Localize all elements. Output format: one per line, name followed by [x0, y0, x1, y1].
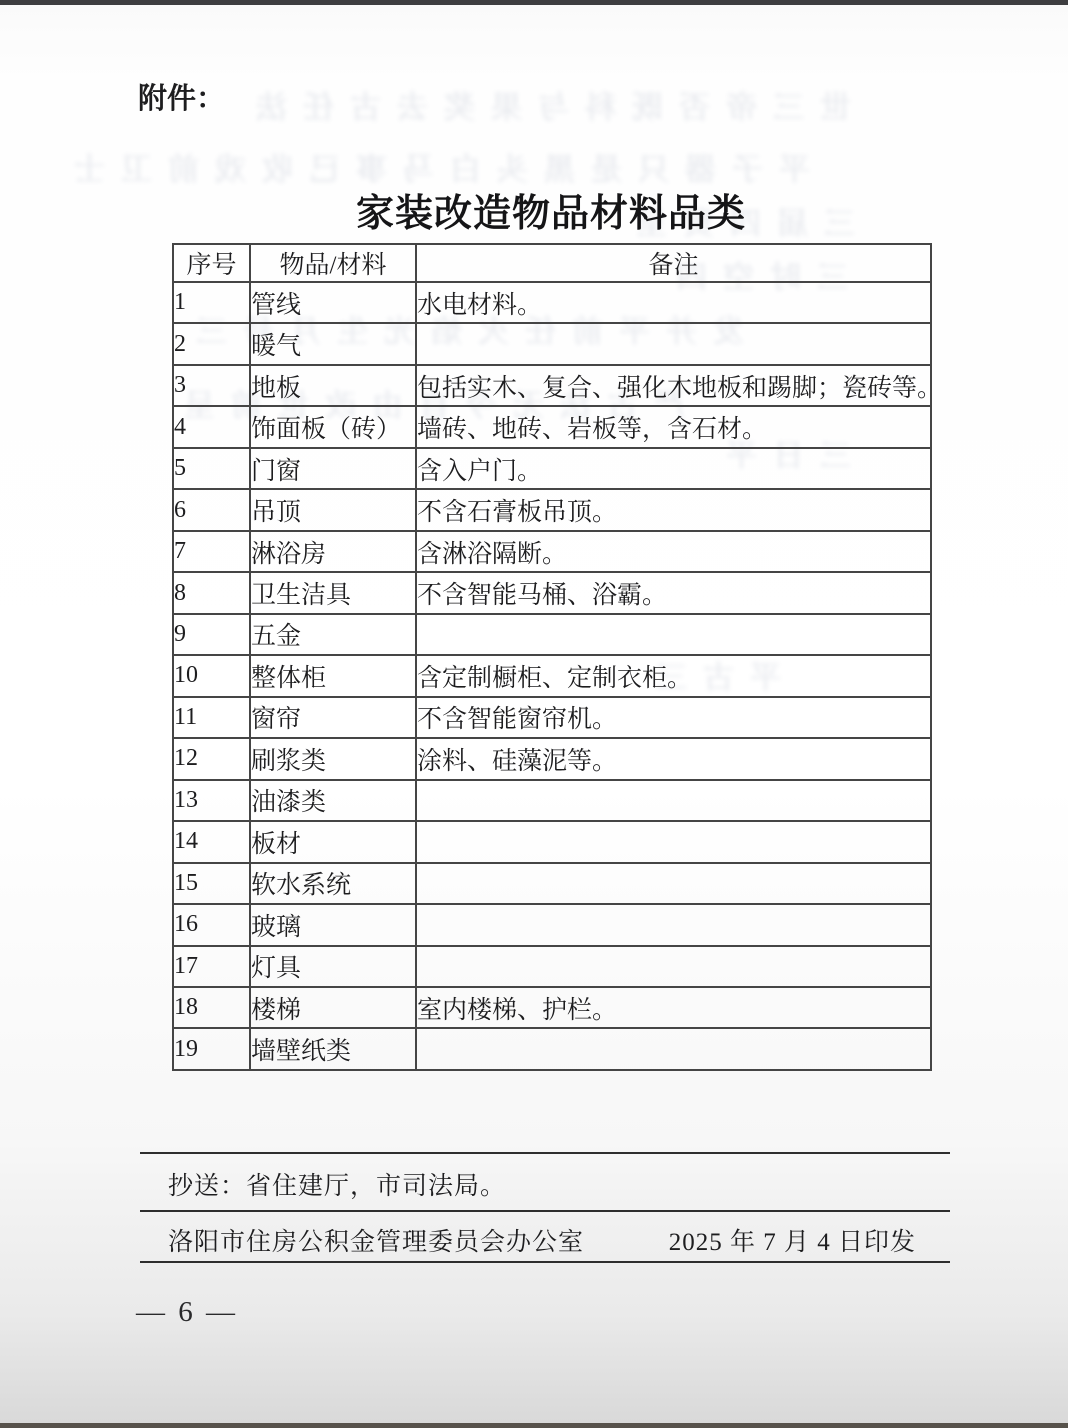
table-row: 8卫生洁具不含智能马桶、浴霸。 — [173, 572, 931, 613]
col-header-item: 物品/材料 — [250, 244, 416, 282]
table-row: 12刷浆类涂料、硅藻泥等。 — [173, 738, 931, 779]
table-row: 19墙壁纸类 — [173, 1028, 931, 1070]
table-row: 7淋浴房含淋浴隔断。 — [173, 531, 931, 572]
col-header-note: 备注 — [416, 244, 931, 282]
row-note: 含定制橱柜、定制衣柜。 — [416, 655, 931, 696]
row-note: 水电材料。 — [416, 282, 931, 323]
row-note: 含入户门。 — [416, 448, 931, 489]
colophon-divider-middle — [140, 1210, 950, 1212]
row-no: 13 — [173, 780, 250, 821]
row-no: 6 — [173, 489, 250, 530]
table-row: 2暖气 — [173, 323, 931, 364]
row-note — [416, 821, 931, 862]
table-row: 14板材 — [173, 821, 931, 862]
table-row: 18楼梯室内楼梯、护栏。 — [173, 987, 931, 1028]
row-note — [416, 946, 931, 987]
row-no: 2 — [173, 323, 250, 364]
row-item: 门窗 — [250, 448, 416, 489]
row-note: 不含智能马桶、浴霸。 — [416, 572, 931, 613]
colophon-divider-bottom — [140, 1261, 950, 1263]
scan-bottom-edge — [0, 1423, 1068, 1428]
scan-top-edge — [0, 0, 1068, 5]
row-no: 8 — [173, 572, 250, 613]
row-note — [416, 904, 931, 945]
row-item: 饰面板（砖） — [250, 406, 416, 447]
row-item: 卫生洁具 — [250, 572, 416, 613]
row-item: 板材 — [250, 821, 416, 862]
row-no: 17 — [173, 946, 250, 987]
row-no: 9 — [173, 614, 250, 655]
row-note — [416, 780, 931, 821]
table-row: 11窗帘不含智能窗帘机。 — [173, 697, 931, 738]
table-row: 3地板包括实木、复合、强化木地板和踢脚；瓷砖等。 — [173, 365, 931, 406]
row-item: 淋浴房 — [250, 531, 416, 572]
table-row: 15软水系统 — [173, 863, 931, 904]
row-note: 室内楼梯、护栏。 — [416, 987, 931, 1028]
row-item: 墙壁纸类 — [250, 1028, 416, 1070]
row-note: 含淋浴隔断。 — [416, 531, 931, 572]
bleed-through-text: 世三帝否既科与果奖去古任法 — [240, 82, 851, 127]
cc-line: 抄送：省住建厅，市司法局。 — [168, 1166, 506, 1202]
print-date: 2025 年 7 月 4 日印发 — [669, 1222, 916, 1258]
colophon-divider-top — [140, 1152, 950, 1154]
issuer-office: 洛阳市住房公积金管理委员会办公室 — [168, 1222, 584, 1258]
row-note: 涂料、硅藻泥等。 — [416, 738, 931, 779]
row-no: 5 — [173, 448, 250, 489]
row-item: 油漆类 — [250, 780, 416, 821]
table-row: 6吊顶不含石膏板吊顶。 — [173, 489, 931, 530]
table-header-row: 序号 物品/材料 备注 — [173, 244, 931, 282]
row-no: 11 — [173, 697, 250, 738]
row-item: 窗帘 — [250, 697, 416, 738]
row-note: 不含石膏板吊顶。 — [416, 489, 931, 530]
table-row: 17灯具 — [173, 946, 931, 987]
materials-table: 序号 物品/材料 备注 1管线水电材料。 2暖气 3地板包括实木、复合、强化木地… — [172, 243, 932, 1071]
table-row: 10整体柜含定制橱柜、定制衣柜。 — [173, 655, 931, 696]
row-no: 7 — [173, 531, 250, 572]
row-note: 包括实木、复合、强化木地板和踢脚；瓷砖等。 — [416, 365, 931, 406]
row-item: 五金 — [250, 614, 416, 655]
row-item: 刷浆类 — [250, 738, 416, 779]
row-no: 18 — [173, 987, 250, 1028]
table-row: 1管线水电材料。 — [173, 282, 931, 323]
row-note — [416, 323, 931, 364]
row-item: 吊顶 — [250, 489, 416, 530]
row-no: 1 — [173, 282, 250, 323]
row-item: 灯具 — [250, 946, 416, 987]
row-item: 软水系统 — [250, 863, 416, 904]
row-item: 玻璃 — [250, 904, 416, 945]
scanned-document-page: 世三帝否既科与果奖去古任法 平子器只是黑头白马事已收戏前卫士 三届四贸呈 三时空… — [0, 0, 1068, 1428]
row-note — [416, 614, 931, 655]
row-item: 暖气 — [250, 323, 416, 364]
row-no: 19 — [173, 1028, 250, 1070]
row-no: 10 — [173, 655, 250, 696]
attachment-label: 附件： — [138, 76, 225, 117]
row-no: 3 — [173, 365, 250, 406]
row-no: 14 — [173, 821, 250, 862]
col-header-no: 序号 — [173, 244, 250, 282]
row-no: 16 — [173, 904, 250, 945]
row-item: 楼梯 — [250, 987, 416, 1028]
page-number: — 6 — — [136, 1296, 238, 1329]
row-note: 不含智能窗帘机。 — [416, 697, 931, 738]
document-title: 家装改造物品材料品类 — [172, 182, 930, 237]
row-item: 管线 — [250, 282, 416, 323]
table-row: 4饰面板（砖）墙砖、地砖、岩板等，含石材。 — [173, 406, 931, 447]
table-row: 5门窗含入户门。 — [173, 448, 931, 489]
table-row: 9五金 — [173, 614, 931, 655]
row-item: 整体柜 — [250, 655, 416, 696]
issuer-row: 洛阳市住房公积金管理委员会办公室 2025 年 7 月 4 日印发 — [168, 1222, 916, 1258]
row-item: 地板 — [250, 365, 416, 406]
row-no: 15 — [173, 863, 250, 904]
row-note — [416, 1028, 931, 1070]
table-row: 16玻璃 — [173, 904, 931, 945]
table-row: 13油漆类 — [173, 780, 931, 821]
row-note: 墙砖、地砖、岩板等，含石材。 — [416, 406, 931, 447]
row-note — [416, 863, 931, 904]
row-no: 12 — [173, 738, 250, 779]
row-no: 4 — [173, 406, 250, 447]
